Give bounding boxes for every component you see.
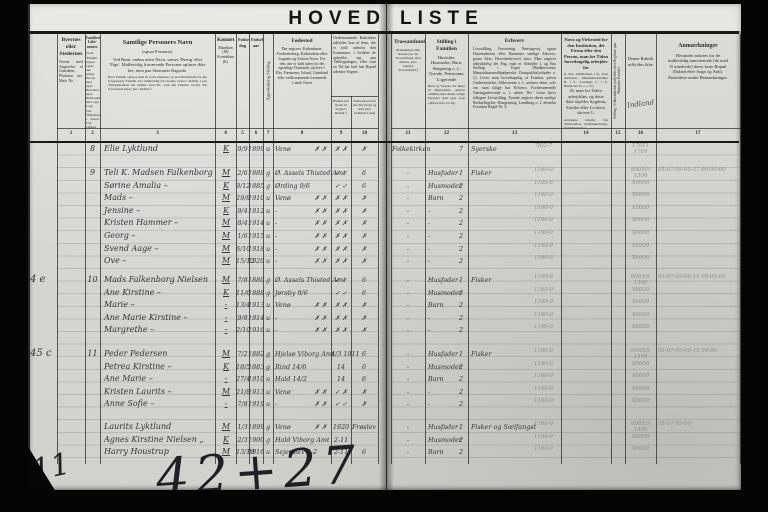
family-position: - — [428, 217, 456, 229]
sex-entry: - — [217, 324, 235, 336]
person-name: Teli K. Madsen Falkenborg — [104, 167, 214, 179]
col-16-header: Denne Rubrik udfyldes ikke — [625, 34, 656, 128]
position-number: 2 — [456, 386, 466, 398]
person-name: Petrea Kirstine – — [104, 361, 214, 373]
previous-residence: ✗ — [351, 230, 377, 242]
birth-year: 1913 — [248, 386, 263, 398]
birth-year: 1914 — [248, 312, 263, 324]
birthplace: Ø. Assels Thisted Amt — [275, 274, 329, 286]
scanned-census-sheet: HOVED LISTE Byernes eller Stedernes Navn… — [0, 0, 768, 512]
sex-entry: M — [217, 421, 235, 433]
col-3-header: Samtlige Personers Navn (ogsaa Fornavn).… — [100, 34, 215, 128]
column-number: 9 — [331, 130, 351, 136]
religion-entry: - — [392, 348, 424, 360]
column-number: 8 — [273, 130, 331, 136]
birthplace-marks: ✗ ✗ — [312, 398, 329, 410]
column-number: 4 — [215, 130, 236, 136]
previous-residence: 6 — [351, 287, 377, 299]
col-7-header: Ægteskabelig Stilling — [263, 34, 273, 128]
stat-code: 6905/5 1500 — [626, 167, 655, 179]
moved-year: ✗ ✗ — [331, 230, 351, 242]
family-position: - — [428, 243, 456, 255]
column-number: 13 — [468, 130, 561, 136]
person-name: Svend Aage – — [104, 243, 214, 255]
sex-entry: M — [217, 274, 235, 286]
col-12-header: Stilling i Familien Husfader, Husmoder, … — [425, 34, 468, 128]
person-name: Margrethe – — [104, 324, 214, 336]
marital-status: u — [263, 243, 273, 255]
person-name: Laurits Lyktlund — [104, 421, 214, 433]
occupation-code: 1160-0 — [527, 217, 560, 223]
previous-residence: ✗ — [351, 324, 377, 336]
occupation-entry: Fisker — [471, 348, 527, 360]
column-number: 5 — [236, 130, 249, 136]
column-number: 1 — [57, 130, 85, 136]
birthplace-marks: ✗ ✗ — [312, 217, 329, 229]
col-9-header: Hvilket Aar flyttet til Sognet i Rubrik … — [331, 96, 351, 128]
marital-status: g — [263, 274, 273, 286]
birthplace-marks: ✗ ✗ — [312, 205, 329, 217]
marital-status: u — [263, 230, 273, 242]
sex-entry: - — [217, 398, 235, 410]
birthplace: Ørding 9/6 — [275, 180, 329, 192]
position-number: 2 — [456, 434, 466, 446]
column-number: 10 — [351, 130, 378, 136]
moved-year: ✗ ✗ — [331, 255, 351, 267]
religion-entry: - — [392, 287, 424, 299]
marital-status: u — [263, 255, 273, 267]
column-number: 7 — [263, 130, 273, 136]
marital-status: u — [263, 373, 273, 385]
position-number: 2 — [456, 373, 466, 385]
person-name: Kristen Laurits – — [104, 386, 214, 398]
column-number: 12 — [425, 130, 468, 136]
page-left-edge — [28, 4, 30, 490]
birth-year: 1899 — [248, 421, 263, 433]
religion-entry: - — [392, 274, 424, 286]
stat-code: X0000 — [626, 361, 655, 367]
family-position: - — [428, 205, 456, 217]
previous-residence: ✗ — [351, 398, 377, 410]
birthplace: Rind 14/6 — [275, 361, 329, 373]
column-number: 14 — [561, 130, 611, 136]
sex-entry: K — [217, 205, 235, 217]
stat-code: X0000 — [626, 446, 655, 452]
marital-status: u — [263, 398, 273, 410]
religion-entry: - — [392, 421, 424, 433]
person-name: Peder Pedersen — [104, 348, 214, 360]
occupation-code: 1160-0 — [527, 299, 560, 305]
birth-year: 1918 — [248, 243, 263, 255]
religion-entry: - — [392, 361, 424, 373]
position-number: 2 — [456, 324, 466, 336]
stat-code: 17011 1705 — [626, 143, 655, 155]
occupation-code: 1160-0 — [527, 386, 560, 392]
religion-entry: - — [392, 324, 424, 336]
marital-status: u — [263, 324, 273, 336]
stat-code: X0000 — [626, 230, 655, 236]
family-position: - — [428, 255, 456, 267]
position-number: 1 — [456, 274, 466, 286]
previous-residence: 6 — [351, 373, 377, 385]
previous-residence: 6 — [351, 348, 377, 360]
person-name: Jensine – — [104, 205, 214, 217]
religion-entry: - — [392, 180, 424, 192]
moved-year: 4/3 1911 — [331, 348, 351, 360]
sex-entry: - — [217, 299, 235, 311]
stat-code: X0000 — [626, 373, 655, 379]
birthplace: Ø. Assels Thisted Amt — [275, 167, 329, 179]
occupation-code: 1160-0 — [527, 255, 560, 261]
religion-entry: - — [392, 386, 424, 398]
birthplace-marks: ✗ ✗ — [312, 312, 329, 324]
previous-residence: 6 — [351, 274, 377, 286]
person-name: Ove – — [104, 255, 214, 267]
remark-code: 05-07-05-00-27 00-00-00 — [658, 167, 738, 173]
matr-entry: 4 e — [30, 274, 62, 286]
birthplace: Jørsby 9/6 — [275, 287, 329, 299]
religion-entry: - — [392, 312, 424, 324]
religion-entry: - — [392, 217, 424, 229]
position-number: 2 — [456, 287, 466, 299]
stat-code: X0000 — [626, 386, 655, 392]
moved-year: ✗ ✗ — [331, 217, 351, 229]
family-position: - — [428, 398, 456, 410]
col-15-header: Stilling i Virksomheden (udfyldes efter … — [611, 34, 625, 128]
occupation-code: 7/02-7 — [527, 143, 560, 149]
family-position: Husfader — [428, 421, 456, 433]
occupation-code: 1160-0 — [527, 348, 560, 354]
previous-residence: ✗ — [351, 386, 377, 398]
stat-code: X0000 — [626, 180, 655, 186]
col-9-10-group-header: Nedenstaaende Rubrikker udfyldes kun af … — [331, 34, 378, 96]
occupation-code: 1160-0 — [527, 434, 560, 440]
remark-code: 05-07-05-00-15 00-00 — [658, 348, 738, 354]
moved-year: ✗ ✗ — [331, 192, 351, 204]
previous-residence: Frøslev — [351, 421, 377, 433]
family-position: Husmoder — [428, 361, 456, 373]
position-number: 2 — [456, 446, 466, 458]
marital-status: u — [263, 205, 273, 217]
religion-entry: - — [392, 167, 424, 179]
marital-status: g — [263, 361, 273, 373]
moved-year: ✓ ✓ — [331, 274, 351, 286]
fold-line — [386, 4, 387, 490]
previous-residence: ✗ — [351, 143, 377, 155]
position-number: 7 — [456, 143, 466, 155]
occupation-code: 1160-0 — [527, 398, 560, 404]
occupation-code: 1160-0 — [527, 324, 560, 330]
family-position: - — [428, 324, 456, 336]
position-number: 2 — [456, 398, 466, 410]
position-number: 1 — [456, 348, 466, 360]
person-name: Ane Marie Kirstine – — [104, 312, 214, 324]
marital-status: u — [263, 192, 273, 204]
marital-status: u — [263, 143, 273, 155]
religion-entry: - — [392, 446, 424, 458]
moved-year: ✓ ✓ — [331, 287, 351, 299]
family-position: Barn — [428, 373, 456, 385]
birthplace: Hjelsø Viborg Amt — [275, 348, 329, 360]
family-number: 9 — [85, 167, 100, 179]
birth-year: 1910 — [248, 373, 263, 385]
marital-status: g — [263, 180, 273, 192]
family-position: Barn — [428, 446, 456, 458]
family-position: Barn — [428, 299, 456, 311]
moved-year: ✗ ✗ — [331, 205, 351, 217]
family-position: Husmoder — [428, 434, 456, 446]
family-position: Barn — [428, 192, 456, 204]
family-position: Husfader — [428, 167, 456, 179]
occupation-entry: Fisker — [471, 274, 527, 286]
stat-code: X0000 — [626, 287, 655, 293]
birth-year: 1888 — [248, 287, 263, 299]
stat-code: 6905/5 1500 — [626, 421, 655, 433]
occupation-entry: Fisker og Sælfangst — [471, 421, 527, 433]
birthplace-marks: ✗ ✗ — [312, 192, 329, 204]
stat-code: X0000 — [626, 398, 655, 404]
moved-year: 1920 — [331, 421, 351, 433]
position-number: 2 — [456, 361, 466, 373]
page-title-right: LISTE — [400, 8, 580, 30]
column-number: 15 — [611, 130, 625, 136]
birth-year: 1899 — [248, 143, 263, 155]
birthplace-marks: ✗ ✗ — [312, 421, 329, 433]
person-name: Elie Lyktlund — [104, 143, 214, 155]
previous-residence: ✗ — [351, 299, 377, 311]
marital-status: u — [263, 312, 273, 324]
birth-year: 1915 — [248, 230, 263, 242]
sex-entry: M — [217, 217, 235, 229]
previous-residence: 6 — [351, 180, 377, 192]
moved-year: 14 — [331, 361, 351, 373]
remark-code: 05-07-05-00-15 00-00-00 — [658, 274, 738, 280]
position-number: 2 — [456, 255, 466, 267]
position-number: 2 — [456, 243, 466, 255]
person-name: Georg – — [104, 230, 214, 242]
family-number: 8 — [85, 143, 100, 155]
birth-year: 1919 — [248, 398, 263, 410]
birthplace-marks: ✗ ✗ — [312, 255, 329, 267]
family-position: Husmoder — [428, 180, 456, 192]
birthplace-marks: ✗ ✗ — [312, 299, 329, 311]
moved-year: ✗ ✗ — [331, 324, 351, 336]
col-4-header: Kønnet Mandkøn (M) Kvindekøn (K) — [215, 34, 236, 128]
moved-year: ✗ ✗ — [331, 243, 351, 255]
marital-status: u — [263, 386, 273, 398]
previous-residence: ✗ — [351, 205, 377, 217]
occupation-code: 1160-0 — [527, 287, 560, 293]
sex-entry: M — [217, 386, 235, 398]
column-number: 6 — [249, 130, 263, 136]
position-number: 2 — [456, 217, 466, 229]
religion-entry: - — [392, 255, 424, 267]
sex-entry: M — [217, 230, 235, 242]
col-2-header: Familiernes Løbe-numre. (Som 'Familie' r… — [85, 34, 100, 128]
stat-code: X0000 — [626, 324, 655, 330]
stat-code: X0000 — [626, 312, 655, 318]
birth-year: 1882 — [248, 348, 263, 360]
religion-entry: - — [392, 243, 424, 255]
col-11-header: Trossamfund (Folkekirken eller Navnet pa… — [391, 34, 425, 128]
position-number: 2 — [456, 312, 466, 324]
marital-status: g — [263, 287, 273, 299]
moved-year: ✗ ✗ — [331, 143, 351, 155]
col-14-header: Navn og Virkested for den Institution, d… — [561, 34, 611, 128]
sex-entry: K — [217, 287, 235, 299]
family-position: Husfader — [428, 274, 456, 286]
religion-entry: - — [392, 299, 424, 311]
matr-entry: 45 c — [30, 348, 62, 360]
birth-year: 1914 — [248, 217, 263, 229]
marital-status: u — [263, 217, 273, 229]
occupation-code: 1160-0 — [527, 446, 560, 452]
previous-residence: ✗ — [351, 243, 377, 255]
col-6-header: Fødsels-aar — [249, 34, 263, 128]
occupation-code: 1160-0 — [527, 205, 560, 211]
family-position: - — [428, 386, 456, 398]
family-position: - — [428, 312, 456, 324]
previous-residence: ✗ — [351, 217, 377, 229]
person-name: Mads – — [104, 192, 214, 204]
birth-year: 1913 — [248, 299, 263, 311]
moved-year: 14 — [331, 373, 351, 385]
remark-code: 05-07-05-00 — [658, 421, 738, 427]
marital-status: u — [263, 299, 273, 311]
occupation-code: 1160-0 — [527, 312, 560, 318]
religion-entry: - — [392, 192, 424, 204]
previous-residence: 6 — [351, 167, 377, 179]
birth-year: 1920 — [248, 255, 263, 267]
birthplace-marks: ✗ ✗ — [312, 143, 329, 155]
occupation-code: 1160-0 — [527, 274, 560, 280]
col-10-header: Sidste Bopæl før den Tid (Sogn og Amt el… — [351, 96, 378, 128]
position-number: 2 — [456, 192, 466, 204]
occupation-code: 1160-0 — [527, 243, 560, 249]
column-number: 3 — [100, 130, 215, 136]
birth-year: 1912 — [248, 205, 263, 217]
moved-year: ✓ ✓ — [331, 398, 351, 410]
position-number: 1 — [456, 167, 466, 179]
occupation-code: 1160-0 — [527, 361, 560, 367]
marital-status: g — [263, 348, 273, 360]
moved-year: ✓ ✓ — [331, 180, 351, 192]
sex-entry: M — [217, 167, 235, 179]
birthplace-marks: ✗ ✗ — [312, 324, 329, 336]
birth-year: 1883 — [248, 361, 263, 373]
stat-code: X0000 — [626, 434, 655, 440]
occupation-code: 1160-0 — [527, 373, 560, 379]
religion-entry: - — [392, 230, 424, 242]
column-number: 16 — [625, 130, 656, 136]
previous-residence: ✗ — [351, 312, 377, 324]
col-8-header: Fødested Der angives: København, Frederi… — [273, 34, 331, 128]
occupation-code: 1160-0 — [527, 421, 560, 427]
person-name: Mads Falkenborg Nielsen — [104, 274, 214, 286]
sex-entry: M — [217, 192, 235, 204]
col-17-header: Anmærkninger Herunder anføres for de mid… — [656, 34, 740, 128]
birthplace-marks: ✗ ✗ — [312, 386, 329, 398]
sex-entry: - — [217, 312, 235, 324]
stat-code: 6905/5 1576 — [626, 348, 655, 360]
family-position: - — [428, 230, 456, 242]
column-number: 17 — [656, 130, 740, 136]
sex-entry: M — [217, 348, 235, 360]
stat-code: X0000 — [626, 217, 655, 223]
birth-year: 1889 — [248, 167, 263, 179]
moved-year: ✓ ✗ — [331, 386, 351, 398]
person-name: Marie – — [104, 299, 214, 311]
family-position: Husmoder — [428, 287, 456, 299]
birth-year: 1910 — [248, 192, 263, 204]
position-number: 2 — [456, 180, 466, 192]
person-name: Sørine Amalia – — [104, 180, 214, 192]
sex-entry: K — [217, 143, 235, 155]
birthplace: Hald 14/2 — [275, 373, 329, 385]
sex-entry: K — [217, 361, 235, 373]
moved-year: ✓ ✓ — [331, 167, 351, 179]
page-title-left: HOVED — [206, 8, 386, 30]
occupation-entry: Syerske — [471, 143, 527, 155]
moved-year: ✗ ✗ — [331, 299, 351, 311]
position-number: 2 — [456, 205, 466, 217]
birthplace-marks: ✗ ✗ — [312, 243, 329, 255]
religion-entry: Folkekirken — [392, 143, 424, 155]
religion-entry: - — [392, 434, 424, 446]
col-13-header: Erhverv Livsstilling, Forretning, Næring… — [468, 34, 561, 128]
sex-entry: M — [217, 255, 235, 267]
birth-year: 1916 — [248, 324, 263, 336]
occupation-entry: Fisker — [471, 167, 527, 179]
religion-entry: - — [392, 373, 424, 385]
position-number: 2 — [456, 299, 466, 311]
marital-status: g — [263, 167, 273, 179]
sex-entry: K — [217, 180, 235, 192]
previous-residence: ✗ — [351, 255, 377, 267]
family-number: 10 — [85, 274, 100, 286]
column-number: 11 — [391, 130, 425, 136]
column-number: 2 — [85, 130, 100, 136]
position-number: 2 — [456, 230, 466, 242]
family-position: Husfader — [428, 348, 456, 360]
sex-entry: - — [217, 373, 235, 385]
person-name: Ane Marie – — [104, 373, 214, 385]
occupation-code: 1160-0 — [527, 180, 560, 186]
stat-code: X0000 — [626, 243, 655, 249]
col-5-header: Fødsels-dag — [236, 34, 249, 128]
previous-residence: 6 — [351, 361, 377, 373]
religion-entry: - — [392, 398, 424, 410]
person-name: Kristen Hammer – — [104, 217, 214, 229]
sex-entry: M — [217, 243, 235, 255]
person-name: Ane Kirstine – — [104, 287, 214, 299]
census-page: HOVED LISTE Byernes eller Stedernes Navn… — [28, 4, 741, 490]
stat-code: X0000 — [626, 299, 655, 305]
person-name: Anne Sofie – — [104, 398, 214, 410]
family-number: 11 — [85, 348, 100, 360]
occupation-code: 1160-0 — [527, 167, 560, 173]
person-name: Agnes Kirstine Nielsen „ — [104, 434, 214, 446]
birth-year: 1885 — [248, 180, 263, 192]
occupation-code: 1160-0 — [527, 192, 560, 198]
col-1-header: Byernes eller Stedernes Navne med Angive… — [57, 34, 85, 128]
marital-status: g — [263, 421, 273, 433]
position-number: 1 — [456, 421, 466, 433]
previous-residence: ✗ — [351, 192, 377, 204]
birth-year: 1880 — [248, 274, 263, 286]
occupation-code: 1160-0 — [527, 230, 560, 236]
stat-code: X0000 — [626, 255, 655, 261]
